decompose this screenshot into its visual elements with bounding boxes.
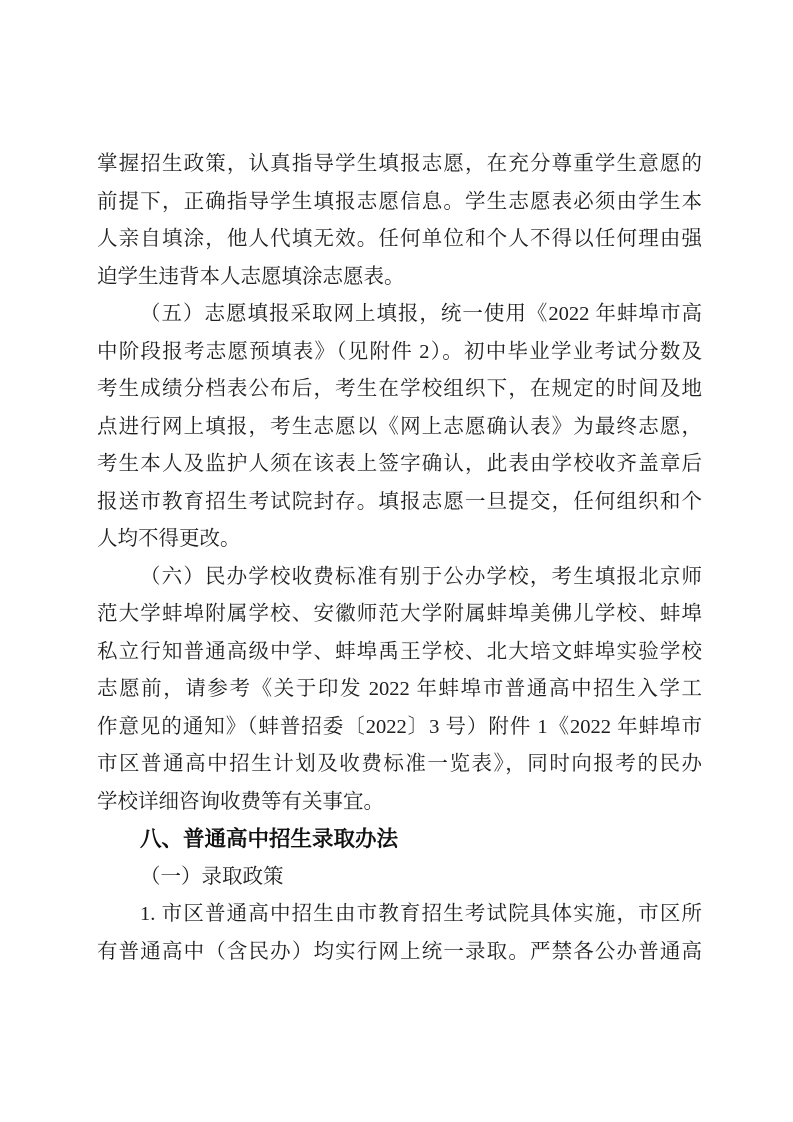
subheading-item-1-admission-policy: （一）录取政策 [97, 859, 702, 897]
text-line: （六）民办学校收费标准有别于公办学校，考生填报北京师 [97, 559, 702, 597]
para-policy-1-unified-online-admission: 1. 市区普通高中招生由市教育招生考试院具体实施，市区所有普通高中（含民办）均实… [97, 896, 702, 971]
text-line: 掌握招生政策，认真指导学生填报志愿，在充分尊重学生意愿的 [97, 146, 702, 184]
text-line: 考生成绩分档表公布后，考生在学校组织下，在规定的时间及地 [97, 371, 702, 409]
text-line: 人亲自填涂，他人代填无效。任何单位和个人不得以任何理由强 [97, 221, 702, 259]
text-line: 作意见的通知》（蚌普招委〔2022〕3 号）附件 1《2022 年蚌埠市 [97, 709, 702, 747]
text-line: 点进行网上填报，考生志愿以《网上志愿确认表》为最终志愿， [97, 409, 702, 447]
text-line: 迫学生违背本人志愿填涂志愿表。 [97, 259, 702, 297]
text-line: 1. 市区普通高中招生由市教育招生考试院具体实施，市区所 [97, 896, 702, 934]
text-line: 中阶段报考志愿预填表》（见附件 2）。初中毕业学业考试分数及 [97, 334, 702, 372]
text-line: 志愿前，请参考《关于印发 2022 年蚌埠市普通高中招生入学工 [97, 671, 702, 709]
text-line: （五）志愿填报采取网上填报，统一使用《2022 年蚌埠市高 [97, 296, 702, 334]
text-line: 有普通高中（含民办）均实行网上统一录取。严禁各公办普通高 [97, 934, 702, 972]
text-line: 私立行知普通高级中学、蚌埠禹王学校、北大培文蚌埠实验学校 [97, 634, 702, 672]
text-line: 人均不得更改。 [97, 521, 702, 559]
text-line: 考生本人及监护人须在该表上签字确认，此表由学校收齐盖章后 [97, 446, 702, 484]
text-line: （一）录取政策 [97, 859, 702, 897]
text-line: 学校详细咨询收费等有关事宜。 [97, 784, 702, 822]
para-item-5-online-application: （五）志愿填报采取网上填报，统一使用《2022 年蚌埠市高中阶段报考志愿预填表》… [97, 296, 702, 559]
text-line: 八、普通高中招生录取办法 [97, 821, 702, 859]
document-body: 掌握招生政策，认真指导学生填报志愿，在充分尊重学生意愿的前提下，正确指导学生填报… [97, 146, 702, 971]
text-line: 市区普通高中招生计划及收费标准一览表》，同时向报考的民办 [97, 746, 702, 784]
para-item-6-private-school-fees: （六）民办学校收费标准有别于公办学校，考生填报北京师范大学蚌埠附属学校、安徽师范… [97, 559, 702, 822]
text-line: 报送市教育招生考试院封存。填报志愿一旦提交，任何组织和个 [97, 484, 702, 522]
text-line: 前提下，正确指导学生填报志愿信息。学生志愿表必须由学生本 [97, 184, 702, 222]
para-volunteer-guidance-continuation: 掌握招生政策，认真指导学生填报志愿，在充分尊重学生意愿的前提下，正确指导学生填报… [97, 146, 702, 296]
document-page: 掌握招生政策，认真指导学生填报志愿，在充分尊重学生意愿的前提下，正确指导学生填报… [0, 0, 793, 1122]
text-line: 范大学蚌埠附属学校、安徽师范大学附属蚌埠美佛儿学校、蚌埠 [97, 596, 702, 634]
heading-section-8-admission-method: 八、普通高中招生录取办法 [97, 821, 702, 859]
